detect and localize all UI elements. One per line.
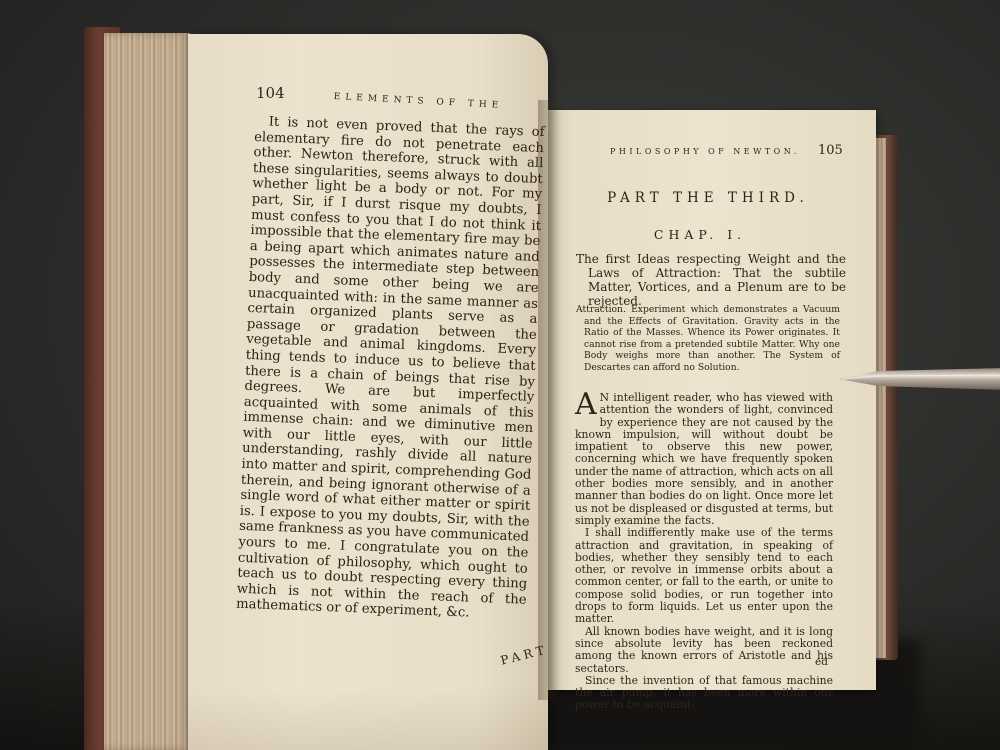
left-paragraph: It is not even proved that the rays of e… (236, 114, 545, 624)
drop-cap: A (575, 393, 597, 417)
right-paragraph-text: N intelligent reader, who has viewed wit… (575, 391, 833, 527)
part-title: PART THE THIRD. (588, 190, 828, 206)
chapter-title: CHAP. I. (600, 227, 800, 242)
right-paragraph-first: AN intelligent reader, who has viewed wi… (575, 392, 833, 527)
right-catchword: ed (815, 656, 828, 668)
chapter-subtitle: The first Ideas respecting Weight and th… (576, 252, 846, 308)
right-running-head: PHILOSOPHY OF NEWTON. (610, 147, 800, 156)
right-paragraph: Since the invention of that famous machi… (575, 675, 833, 712)
right-page-body: AN intelligent reader, who has viewed wi… (575, 392, 833, 712)
left-page-block-edges (104, 33, 190, 750)
left-page-number: 104 (256, 84, 285, 102)
chapter-summary: Attraction. Experiment which demonstrate… (576, 304, 840, 374)
right-page-number: 105 (818, 143, 843, 158)
page-curl-shade (188, 690, 548, 750)
right-paragraph: I shall indifferently make use of the te… (575, 527, 833, 625)
right-paragraph: All known bodies have weight, and it is … (575, 626, 833, 675)
metal-pointer-icon (838, 364, 1000, 394)
left-page-body: It is not even proved that the rays of e… (236, 114, 545, 624)
